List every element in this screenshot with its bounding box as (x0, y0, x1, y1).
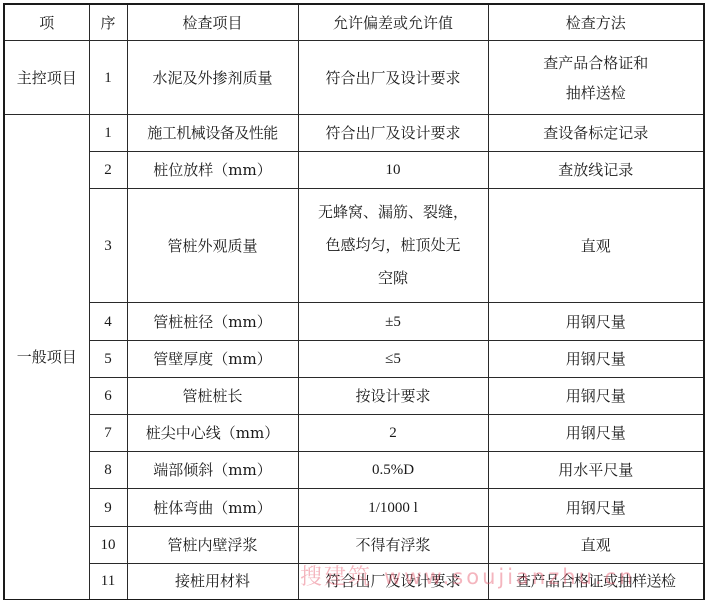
table-row: 8 端部倾斜（mm） 0.5%D 用水平尺量 (4, 452, 704, 489)
row-item: 管桩外观质量 (127, 189, 298, 303)
table-row: 2 桩位放样（mm） 10 查放线记录 (4, 152, 704, 189)
row-item: 管桩桩径（mm） (127, 303, 298, 341)
row-method: 直观 (488, 527, 704, 564)
method-line: 抽样送检 (489, 78, 704, 108)
row-allowance: 符合出厂及设计要求 (298, 41, 488, 115)
table-row: 5 管壁厚度（mm） ≤5 用钢尺量 (4, 341, 704, 378)
header-allowance: 允许偏差或允许值 (298, 4, 488, 41)
row-item: 水泥及外掺剂质量 (127, 41, 298, 115)
row-no: 3 (89, 189, 127, 303)
table-row: 3 管桩外观质量 无蜂窝、漏筋、裂缝， 色感均匀，桩顶处无 空隙 直观 (4, 189, 704, 303)
row-no: 9 (89, 489, 127, 527)
row-no: 1 (89, 41, 127, 115)
method-line: 查产品合格证和 (489, 48, 704, 78)
table-row: 9 桩体弯曲（mm） 1/1000 l 用钢尺量 (4, 489, 704, 527)
table-row: 一般项目 1 施工机械设备及性能 符合出厂及设计要求 查设备标定记录 (4, 115, 704, 152)
row-item: 管桩内壁浮浆 (127, 527, 298, 564)
allowance-line: 空隙 (299, 262, 488, 295)
row-item: 桩位放样（mm） (127, 152, 298, 189)
inspection-table: 项 序 检查项目 允许偏差或允许值 检查方法 主控项目 1 水泥及外掺剂质量 符… (3, 3, 705, 600)
row-allowance: 2 (298, 415, 488, 452)
row-allowance: 10 (298, 152, 488, 189)
group-main: 主控项目 (4, 41, 89, 115)
row-no: 7 (89, 415, 127, 452)
table-row: 主控项目 1 水泥及外掺剂质量 符合出厂及设计要求 查产品合格证和 抽样送检 (4, 41, 704, 115)
row-method: 用钢尺量 (488, 415, 704, 452)
header-row: 项 序 检查项目 允许偏差或允许值 检查方法 (4, 4, 704, 41)
row-method: 直观 (488, 189, 704, 303)
row-item: 施工机械设备及性能 (127, 115, 298, 152)
row-allowance: 按设计要求 (298, 378, 488, 415)
allowance-line: 无蜂窝、漏筋、裂缝， (299, 196, 488, 229)
header-method: 检查方法 (488, 4, 704, 41)
row-method: 查产品合格证或抽样送检 (488, 564, 704, 600)
row-no: 8 (89, 452, 127, 489)
row-no: 10 (89, 527, 127, 564)
table-row: 10 管桩内壁浮浆 不得有浮浆 直观 (4, 527, 704, 564)
row-no: 4 (89, 303, 127, 341)
row-allowance: ≤5 (298, 341, 488, 378)
row-item: 接桩用材料 (127, 564, 298, 600)
table-row: 4 管桩桩径（mm） ±5 用钢尺量 (4, 303, 704, 341)
row-item: 管壁厚度（mm） (127, 341, 298, 378)
row-method: 用钢尺量 (488, 303, 704, 341)
row-method: 查放线记录 (488, 152, 704, 189)
row-allowance: ±5 (298, 303, 488, 341)
row-no: 2 (89, 152, 127, 189)
row-allowance: 不得有浮浆 (298, 527, 488, 564)
header-category: 项 (4, 4, 89, 41)
row-item: 端部倾斜（mm） (127, 452, 298, 489)
row-no: 6 (89, 378, 127, 415)
allowance-line: 色感均匀，桩顶处无 (299, 229, 488, 262)
row-item: 桩尖中心线（mm） (127, 415, 298, 452)
row-allowance: 符合出厂及设计要求 (298, 115, 488, 152)
row-allowance: 1/1000 l (298, 489, 488, 527)
row-no: 11 (89, 564, 127, 600)
row-item: 桩体弯曲（mm） (127, 489, 298, 527)
row-method: 用水平尺量 (488, 452, 704, 489)
table-row: 11 接桩用材料 符合出厂及设计要求 查产品合格证或抽样送检 (4, 564, 704, 600)
row-no: 1 (89, 115, 127, 152)
table-row: 7 桩尖中心线（mm） 2 用钢尺量 (4, 415, 704, 452)
header-seq: 序 (89, 4, 127, 41)
row-method: 用钢尺量 (488, 489, 704, 527)
row-method: 查产品合格证和 抽样送检 (488, 41, 704, 115)
row-item: 管桩桩长 (127, 378, 298, 415)
row-method: 用钢尺量 (488, 378, 704, 415)
header-item: 检查项目 (127, 4, 298, 41)
group-general: 一般项目 (4, 115, 89, 600)
row-method: 用钢尺量 (488, 341, 704, 378)
table-row: 6 管桩桩长 按设计要求 用钢尺量 (4, 378, 704, 415)
row-allowance: 符合出厂及设计要求 (298, 564, 488, 600)
row-allowance: 0.5%D (298, 452, 488, 489)
row-method: 查设备标定记录 (488, 115, 704, 152)
row-allowance: 无蜂窝、漏筋、裂缝， 色感均匀，桩顶处无 空隙 (298, 189, 488, 303)
row-no: 5 (89, 341, 127, 378)
